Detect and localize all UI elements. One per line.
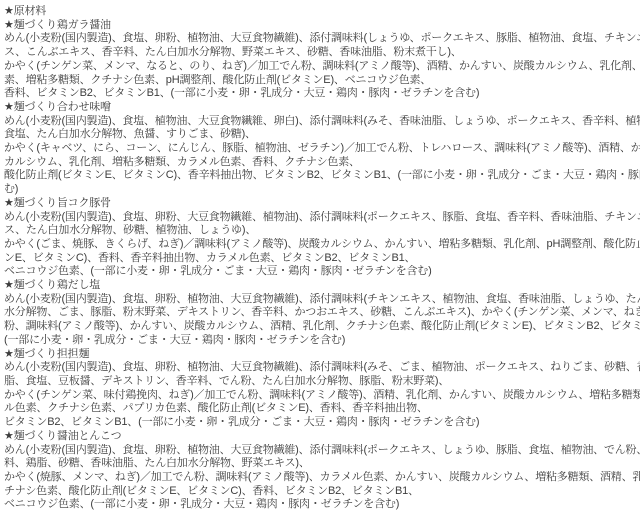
- ingredient-line: 食塩、たん白加水分解物、魚醤、すりごま、砂糖)、: [4, 128, 640, 142]
- ingredient-line: ンE、ビタミンC)、香料、香辛料抽出物、カラメル色素、ビタミンB2、ビタミンB1…: [4, 252, 640, 266]
- ingredient-line: ス、こんぶエキス、香辛料、たん白加水分解物、野菜エキス、砂糖、香味油脂、粉末煮干…: [4, 46, 640, 60]
- ingredient-line: 素、増粘多糖類、クチナシ色素、pH調整剤、酸化防止剤(ビタミンE)、ベニコウジ色…: [4, 74, 640, 88]
- ingredient-line: 水分解物、ごま、豚脂、粉末野菜、デキストリン、香辛料、かつおエキス、砂糖、こんぶ…: [4, 306, 640, 320]
- ingredient-line: (一部に小麦・卵・乳成分・ごま・大豆・鶏肉・豚肉・ゼラチンを含む): [4, 334, 640, 348]
- ingredient-section: ★麺づくり旨コク豚骨めん(小麦粉(国内製造)、食塩、卵粉、大豆食物繊維、植物油)…: [4, 197, 640, 279]
- ingredient-line: 香料、ビタミンB2、ビタミンB1、(一部に小麦・卵・乳成分・大豆・鶏肉・豚肉・ゼ…: [4, 87, 640, 101]
- ingredient-line: めん(小麦粉(国内製造)、食塩、卵粉、植物油、大豆食物繊維)、添付調味料(チキン…: [4, 293, 640, 307]
- ingredient-line: 脂、食塩、豆板醤、デキストリン、香辛料、でん粉、たん白加水分解物、豚脂、粉末野菜…: [4, 375, 640, 389]
- section-title: ★麺づくり旨コク豚骨: [4, 197, 640, 211]
- ingredient-line: ベニコウジ色素、(一部に小麦・卵・乳成分・大豆・鶏肉・豚肉・ゼラチンを含む): [4, 498, 640, 512]
- ingredient-line: ス、たん白加水分解物、砂糖、植物油、しょうゆ)、: [4, 224, 640, 238]
- ingredient-line: 粉、調味料(アミノ酸等)、かんすい、炭酸カルシウム、酒精、乳化剤、クチナシ色素、…: [4, 320, 640, 334]
- sections-container: ★麺づくり鶏ガラ醤油めん(小麦粉(国内製造)、食塩、卵粉、植物油、大豆食物繊維)…: [4, 19, 640, 512]
- ingredient-line: かやく(ごま、焼豚、きくらげ、ねぎ)／調味料(アミノ酸等)、炭酸カルシウム、かん…: [4, 238, 640, 252]
- ingredient-line: めん(小麦粉(国内製造)、食塩、卵粉、大豆食物繊維、植物油)、添付調味料(ポーク…: [4, 211, 640, 225]
- ingredients-document: ★原材料 ★麺づくり鶏ガラ醤油めん(小麦粉(国内製造)、食塩、卵粉、植物油、大豆…: [0, 0, 640, 512]
- ingredient-line: ル色素、クチナシ色素、パプリカ色素、酸化防止剤(ビタミンE)、香料、香辛料抽出物…: [4, 402, 640, 416]
- ingredient-line: めん(小麦粉(国内製造)、食塩、卵粉、植物油、大豆食物繊維)、添付調味料(みそ、…: [4, 361, 640, 375]
- ingredient-line: めん(小麦粉(国内製造)、食塩、卵粉、植物油、大豆食物繊維)、添付調味料(ポーク…: [4, 444, 640, 458]
- section-title: ★麺づくり合わせ味噌: [4, 101, 640, 115]
- ingredient-section: ★麺づくり鶏だし塩めん(小麦粉(国内製造)、食塩、卵粉、植物油、大豆食物繊維)、…: [4, 279, 640, 348]
- ingredient-line: 料、鶏脂、砂糖、香味油脂、たん白加水分解物、野菜エキス)、: [4, 457, 640, 471]
- section-title: ★麺づくり鶏だし塩: [4, 279, 640, 293]
- ingredient-line: めん(小麦粉(国内製造)、食塩、植物油、大豆食物繊維、卵白)、添付調味料(みそ、…: [4, 115, 640, 129]
- ingredient-section: ★麺づくり鶏ガラ醤油めん(小麦粉(国内製造)、食塩、卵粉、植物油、大豆食物繊維)…: [4, 19, 640, 101]
- ingredient-section: ★麺づくり醤油とんこつめん(小麦粉(国内製造)、食塩、卵粉、植物油、大豆食物繊維…: [4, 430, 640, 512]
- page-heading: ★原材料: [4, 5, 640, 19]
- ingredient-line: 酸化防止剤(ビタミンE、ビタミンC)、香辛料抽出物、ビタミンB2、ビタミンB1、…: [4, 169, 640, 183]
- section-title: ★麺づくり担担麺: [4, 348, 640, 362]
- ingredient-line: かやく(焼豚、メンマ、ねぎ)／加工でん粉、調味料(アミノ酸等)、カラメル色素、か…: [4, 471, 640, 485]
- ingredient-line: かやく(キャベツ、にら、コーン、にんじん、豚脂、植物油、ゼラチン)／加工でん粉、…: [4, 142, 640, 156]
- ingredient-section: ★麺づくり担担麺めん(小麦粉(国内製造)、食塩、卵粉、植物油、大豆食物繊維)、添…: [4, 348, 640, 430]
- ingredient-line: カルシウム、乳化剤、増粘多糖類、カラメル色素、香料、クチナシ色素、: [4, 156, 640, 170]
- ingredient-line: かやく(チンゲン菜、味付鶏挽肉、ねぎ)／加工でん粉、調味料(アミノ酸等)、酒精、…: [4, 389, 640, 403]
- ingredient-line: チナシ色素、酸化防止剤(ビタミンE、ビタミンC)、香料、ビタミンB2、ビタミンB…: [4, 485, 640, 499]
- ingredient-line: ベニコウジ色素、(一部に小麦・卵・乳成分・ごま・大豆・鶏肉・豚肉・ゼラチンを含む…: [4, 265, 640, 279]
- ingredient-line: かやく(チンゲン菜、メンマ、なると、のり、ねぎ)／加工でん粉、調味料(アミノ酸等…: [4, 60, 640, 74]
- ingredient-section: ★麺づくり合わせ味噌めん(小麦粉(国内製造)、食塩、植物油、大豆食物繊維、卵白)…: [4, 101, 640, 197]
- section-title: ★麺づくり醤油とんこつ: [4, 430, 640, 444]
- ingredient-line: ビタミンB2、ビタミンB1、(一部に小麦・卵・乳成分・ごま・大豆・鶏肉・豚肉・ゼ…: [4, 416, 640, 430]
- ingredient-line: めん(小麦粉(国内製造)、食塩、卵粉、植物油、大豆食物繊維)、添付調味料(しょう…: [4, 32, 640, 46]
- ingredient-line: む): [4, 183, 640, 197]
- section-title: ★麺づくり鶏ガラ醤油: [4, 19, 640, 33]
